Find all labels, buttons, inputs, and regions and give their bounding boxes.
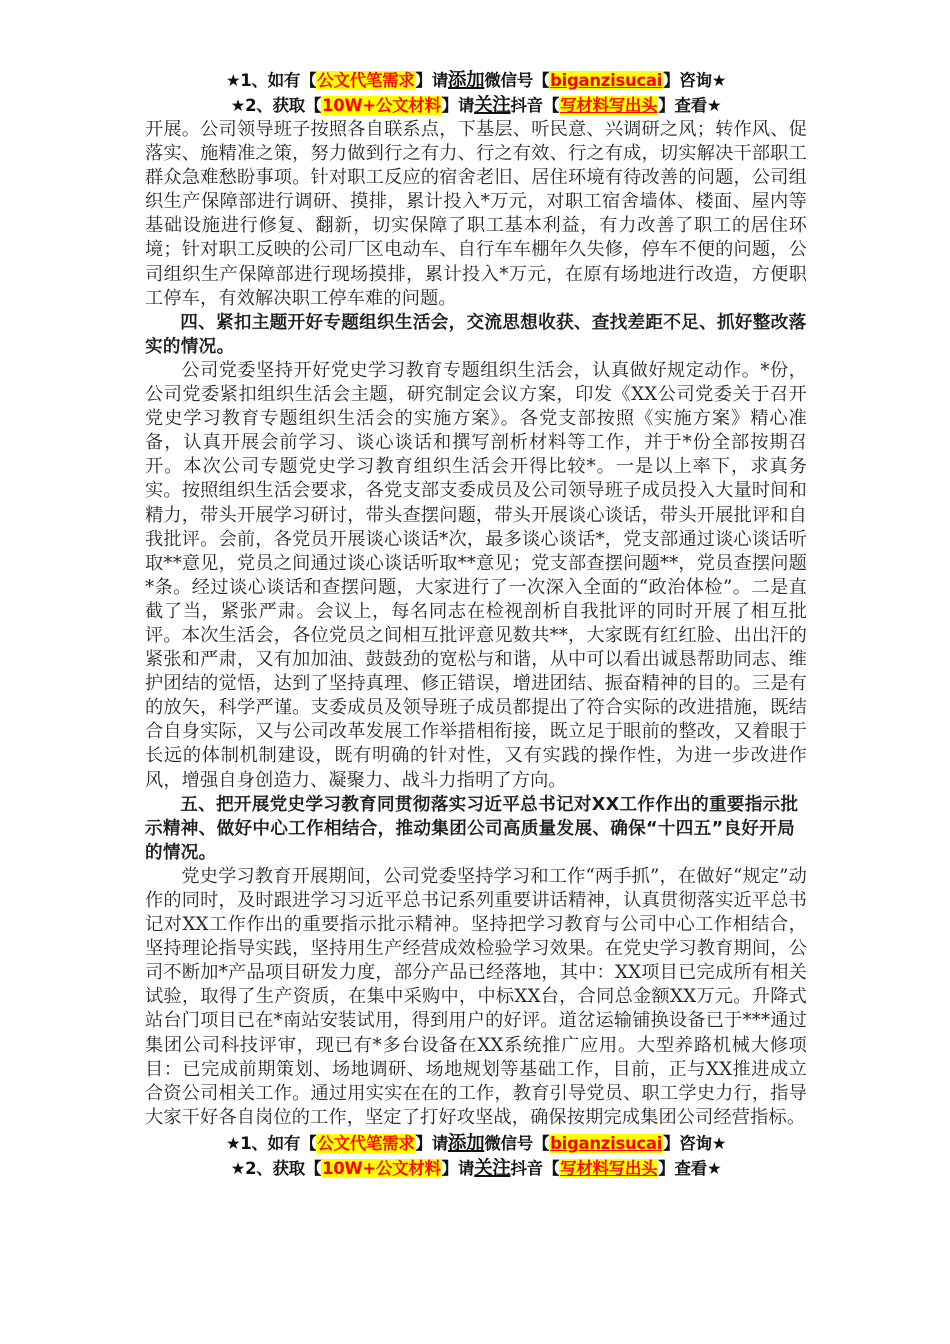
emphasis-follow: 关注 [474,95,510,116]
banner-prefix: ★2、获取【 [231,96,321,115]
bottom-banner: ★1、如有【公文代笔需求】请添加微信号【biganzisucai】咨询★ ★2、… [145,1131,807,1181]
highlight-materials: 10W+公文材料 [321,1159,442,1178]
section-heading-5: 五、把开展党史学习教育同贯彻落实习近平总书记对XX工作作出的重要指示批示精神、做… [145,793,807,865]
banner-prefix: ★1、如有【 [226,1134,316,1153]
banner-line-1: ★1、如有【公文代笔需求】请添加微信号【biganzisucai】咨询★ [145,68,807,93]
banner-line-1: ★1、如有【公文代笔需求】请添加微信号【biganzisucai】咨询★ [145,1131,807,1156]
banner-text: 抖音【 [510,1159,559,1178]
banner-suffix: 】咨询★ [663,71,726,90]
banner-text: 】请 [442,1159,474,1178]
douyin-account-link[interactable]: 写材料写出头 [559,1159,658,1178]
highlight-ghostwriting-demand: 公文代笔需求 [316,71,415,90]
highlight-materials: 10W+公文材料 [321,96,442,115]
douyin-account-link[interactable]: 写材料写出头 [559,96,658,115]
banner-text: 】请 [416,1134,448,1153]
banner-text: 】请 [416,71,448,90]
highlight-ghostwriting-demand: 公文代笔需求 [316,1134,415,1153]
banner-text: 抖音【 [510,96,559,115]
emphasis-add: 添加 [448,1133,484,1154]
banner-text: 】请 [442,96,474,115]
banner-line-2: ★2、获取【10W+公文材料】请关注抖音【写材料写出头】查看★ [145,93,807,118]
wechat-id-link[interactable]: biganzisucai [549,1134,663,1153]
banner-suffix: 】查看★ [658,96,721,115]
paragraph-continuation: 开展。公司领导班子按照各自联系点，下基层、听民意、兴调研之风；转作风、促落实、施… [145,118,807,311]
paragraph-section-5: 党史学习教育开展期间，公司党委坚持学习和工作“两手抓”，在做好“规定”动作的同时… [145,865,807,1130]
wechat-id-link[interactable]: biganzisucai [549,71,663,90]
banner-suffix: 】查看★ [658,1159,721,1178]
banner-prefix: ★1、如有【 [226,71,316,90]
banner-suffix: 】咨询★ [663,1134,726,1153]
emphasis-follow: 关注 [474,1158,510,1179]
emphasis-add: 添加 [448,70,484,91]
document-page: ★1、如有【公文代笔需求】请添加微信号【biganzisucai】咨询★ ★2、… [145,68,807,1181]
top-banner: ★1、如有【公文代笔需求】请添加微信号【biganzisucai】咨询★ ★2、… [145,68,807,118]
paragraph-section-4: 公司党委坚持开好党史学习教育专题组织生活会，认真做好规定动作。*份，公司党委紧扣… [145,359,807,793]
banner-line-2: ★2、获取【10W+公文材料】请关注抖音【写材料写出头】查看★ [145,1156,807,1181]
banner-text: 微信号【 [484,71,549,90]
banner-prefix: ★2、获取【 [231,1159,321,1178]
banner-text: 微信号【 [484,1134,549,1153]
section-heading-4: 四、紧扣主题开好专题组织生活会，交流思想收获、查找差距不足、抓好整改落实的情况。 [145,311,807,359]
